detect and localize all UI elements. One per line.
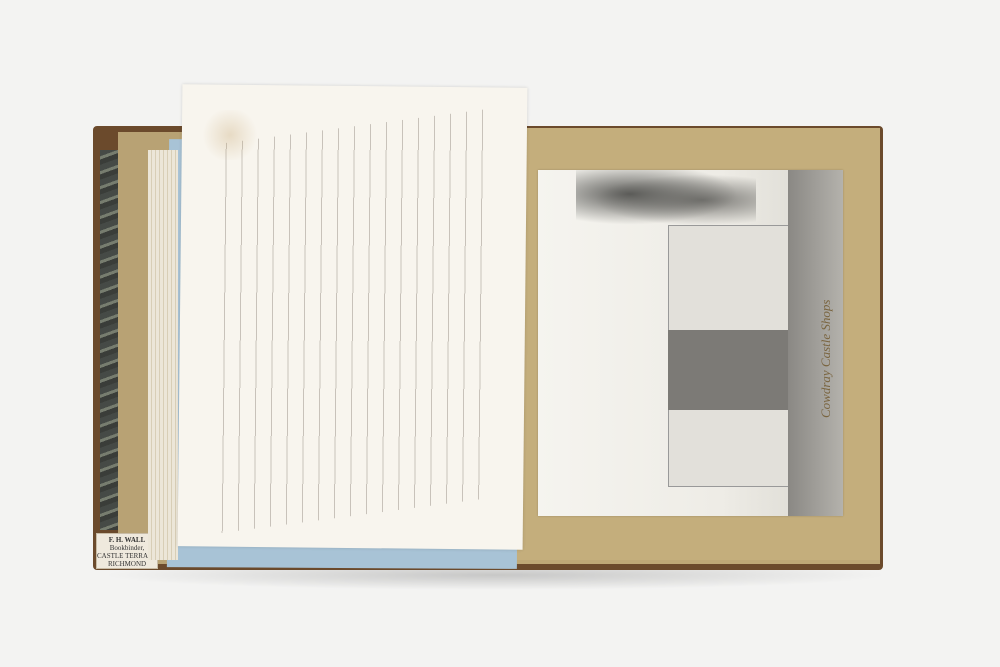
foxing-stain <box>200 110 260 160</box>
drawing-trees <box>576 170 756 230</box>
label-line-4: RICHMOND <box>97 560 157 568</box>
page-stack <box>148 150 178 560</box>
drawing-castle-shadow <box>668 330 788 410</box>
handwriting <box>212 108 496 534</box>
drawing-caption: Cowdray Castle Shops <box>818 248 858 418</box>
castle-drawing <box>538 170 843 516</box>
